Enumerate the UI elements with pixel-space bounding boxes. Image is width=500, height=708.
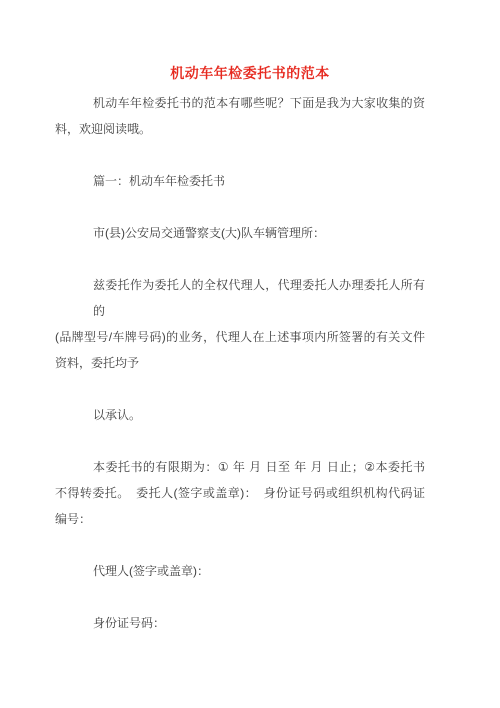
text-line: 市(县)公安局交通警察支(大)队车辆管理所：	[55, 220, 425, 246]
text-line: 以承认。	[55, 402, 425, 428]
text-line: 料，欢迎阅读哦。	[55, 116, 425, 142]
paragraph-acknowledge: 以承认。	[55, 402, 425, 428]
paragraph-addressee: 市(县)公安局交通警察支(大)队车辆管理所：	[55, 220, 425, 246]
text-line: 不得转委托。 委托人(签字或盖章)： 身份证号码或组织机构代码证	[55, 480, 425, 506]
text-line: 代理人(签字或盖章)：	[55, 558, 425, 584]
paragraph-validity-terms: 本委托书的有限期为：① 年 月 日至 年 月 日止；②本委托书 不得转委托。 委…	[55, 454, 425, 532]
text-line: 身份证号码：	[55, 610, 425, 636]
text-line: 编号：	[55, 506, 425, 532]
text-line: (品牌型号/车牌号码)的业务，代理人在上述事项内所签署的有关文件	[55, 324, 425, 350]
text-line: 资料，委托均予	[55, 350, 425, 376]
text-line: 兹委托作为委托人的全权代理人，代理委托人办理委托人所有的	[55, 272, 425, 324]
text-line: 篇一：机动车年检委托书	[55, 168, 425, 194]
paragraph-authorization-body: 兹委托作为委托人的全权代理人，代理委托人办理委托人所有的 (品牌型号/车牌号码)…	[55, 272, 425, 376]
paragraph-section-heading: 篇一：机动车年检委托书	[55, 168, 425, 194]
text-line: 本委托书的有限期为：① 年 月 日至 年 月 日止；②本委托书	[55, 454, 425, 480]
document-page: 机动车年检委托书的范本 机动车年检委托书的范本有哪些呢？下面是我为大家收集的资 …	[0, 0, 500, 708]
text-line: 机动车年检委托书的范本有哪些呢？下面是我为大家收集的资	[55, 90, 425, 116]
paragraph-id-number: 身份证号码：	[55, 610, 425, 636]
paragraph-agent-signature: 代理人(签字或盖章)：	[55, 558, 425, 584]
document-title: 机动车年检委托书的范本	[55, 60, 445, 86]
paragraph-intro: 机动车年检委托书的范本有哪些呢？下面是我为大家收集的资 料，欢迎阅读哦。	[55, 90, 425, 142]
